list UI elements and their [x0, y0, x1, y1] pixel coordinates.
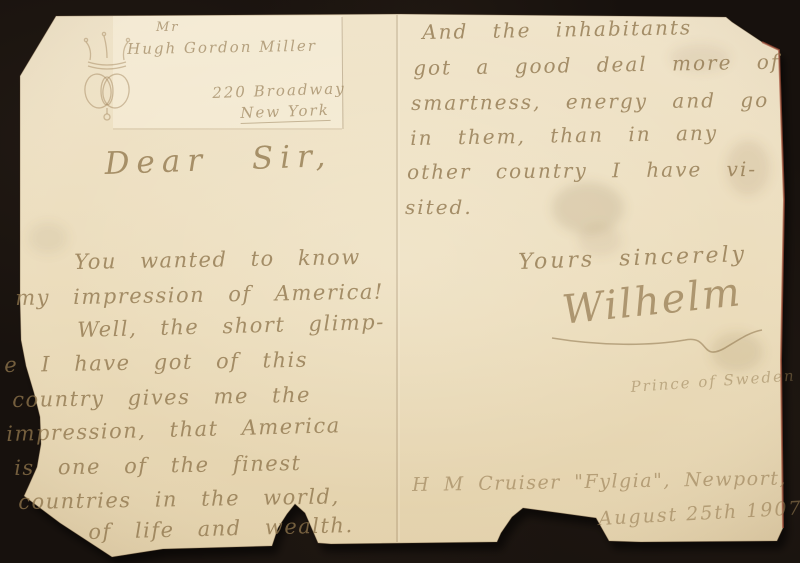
photograph-background: Mr Hugh Gordon Miller 220 Broadway New Y… [0, 0, 800, 563]
card-impression-patch [113, 16, 342, 128]
center-fold-line [397, 15, 399, 542]
letter-paper-sheet [0, 0, 800, 563]
